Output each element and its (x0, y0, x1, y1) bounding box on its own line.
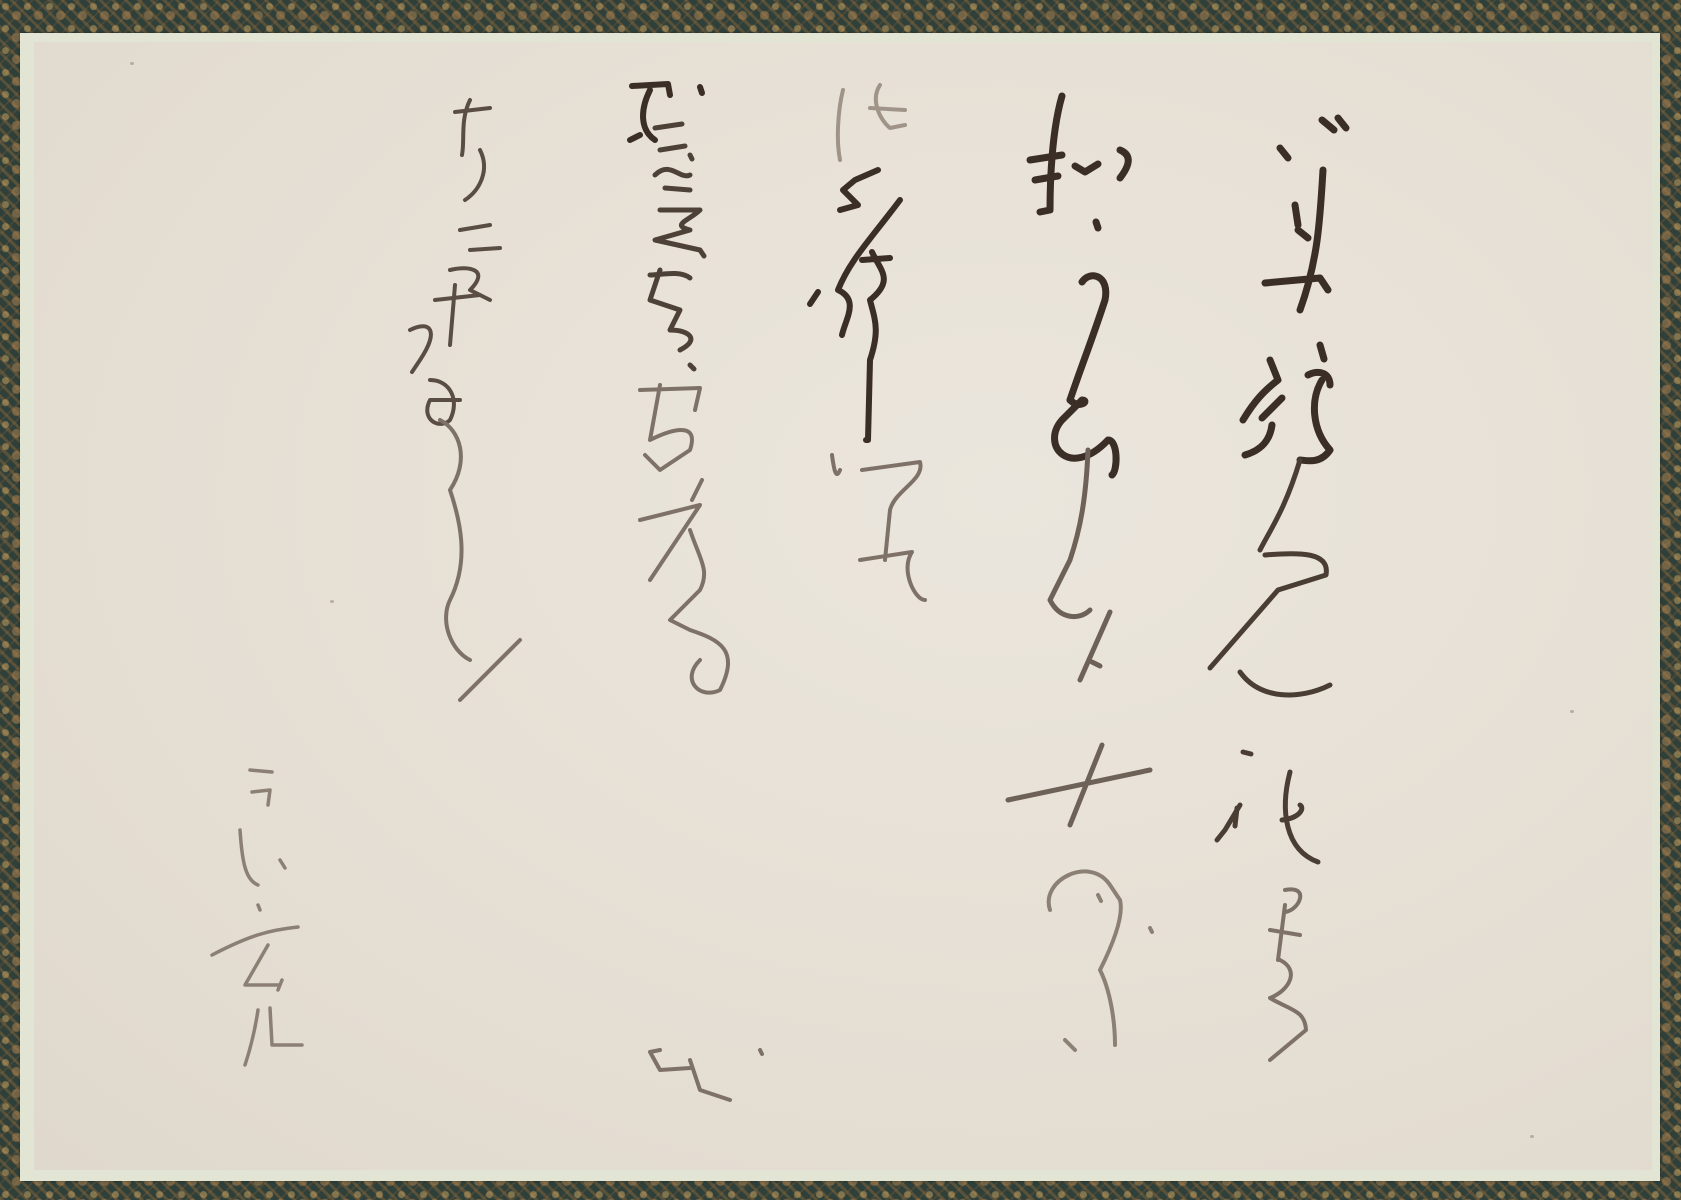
column-1 (1243, 118, 1346, 461)
column-4-lower (640, 385, 762, 1100)
paper-speck (330, 600, 334, 603)
column-1-tail (1270, 889, 1306, 1060)
signature (212, 770, 302, 1065)
column-2-lower (1008, 450, 1150, 825)
calligraphy-text (0, 0, 1681, 1200)
column-3-lower (832, 455, 925, 600)
column-2-tail (1049, 871, 1152, 1050)
column-4-mid (650, 124, 704, 369)
paper-speck (130, 62, 134, 65)
column-2 (1030, 96, 1128, 475)
column-4 (630, 84, 702, 140)
column-1-lower (1210, 460, 1330, 862)
column-5 (410, 100, 500, 424)
column-3 (838, 85, 905, 160)
column-3-main (810, 170, 900, 440)
paper-speck (1530, 1135, 1534, 1138)
column-5-lower (440, 420, 520, 700)
paper-speck (1570, 710, 1574, 713)
